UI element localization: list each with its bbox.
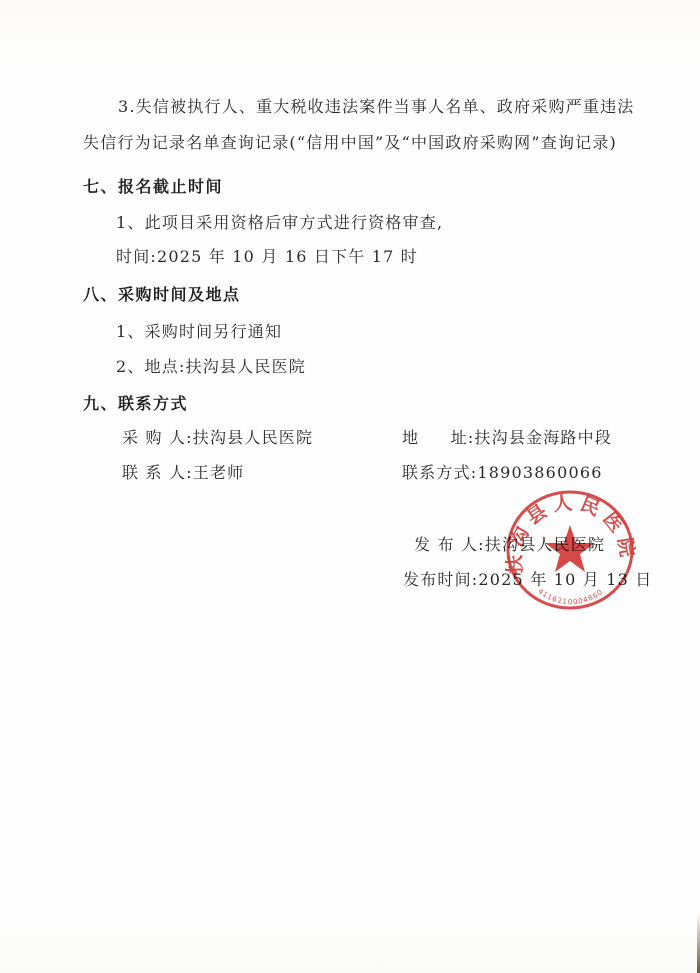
- section8-heading: 八、采购时间及地点: [83, 285, 241, 305]
- official-seal: 扶沟县人民医院 4116210004860: [503, 487, 637, 613]
- publisher-label: 发 布 人:: [414, 535, 485, 554]
- section9-heading: 九、联系方式: [83, 394, 188, 414]
- item3-line2: 失信行为记录名单查询记录(“信用中国”及“中国政府采购网”查询记录): [83, 133, 617, 153]
- address-value: 扶沟县金海路中段: [474, 428, 612, 447]
- address-row: 地 址:扶沟县金海路中段: [402, 428, 612, 448]
- address-label: 地 址:: [402, 428, 474, 447]
- contact-label: 联 系 人:: [122, 463, 193, 482]
- publish-date-label: 发布时间:: [403, 570, 478, 589]
- item3-line1: 3.失信被执行人、重大税收违法案件当事人名单、政府采购严重违法: [118, 97, 634, 117]
- section7-item1: 1、此项目采用资格后审方式进行资格审查,: [116, 213, 443, 233]
- purchaser-row: 采 购 人:扶沟县人民医院: [122, 428, 313, 448]
- section7-time: 时间:2025 年 10 月 16 日下午 17 时: [116, 247, 418, 267]
- purchaser-label: 采 购 人:: [122, 428, 193, 447]
- section8-item2: 2、地点:扶沟县人民医院: [116, 357, 306, 377]
- purchaser-value: 扶沟县人民医院: [193, 428, 313, 447]
- phone-label: 联系方式:: [402, 463, 477, 482]
- contact-value: 王老师: [193, 463, 245, 482]
- contact-row: 联 系 人:王老师: [122, 463, 244, 483]
- section8-item1: 1、采购时间另行通知: [116, 322, 282, 342]
- phone-row: 联系方式:18903860066: [402, 463, 603, 483]
- seal-star-icon: 扶沟县人民医院 4116210004860: [503, 487, 637, 613]
- phone-value: 18903860066: [477, 463, 602, 482]
- document-page: 3.失信被执行人、重大税收违法案件当事人名单、政府采购严重违法 失信行为记录名单…: [0, 0, 700, 973]
- section7-heading: 七、报名截止时间: [83, 177, 223, 197]
